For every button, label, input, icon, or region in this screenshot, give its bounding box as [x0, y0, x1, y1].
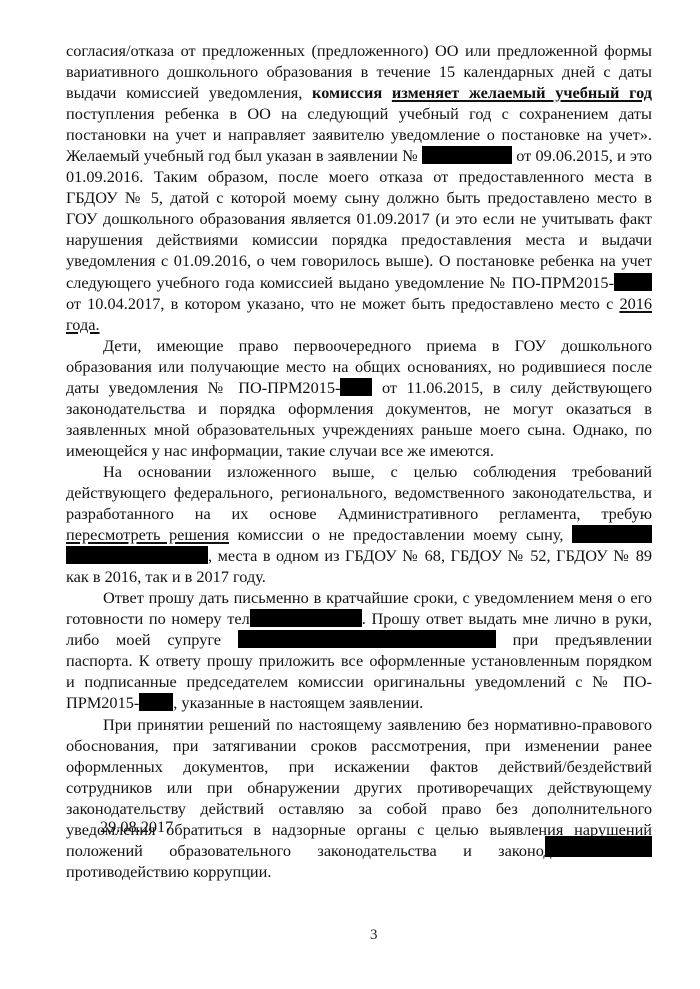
text-line: разработанного на их основе Администрати…: [66, 503, 652, 524]
text-line: согласия/отказа от предложенных (предлож…: [66, 40, 652, 61]
emphasis-text: изменяет желаемый учебный год: [392, 83, 652, 102]
text-line: противодействию коррупции.: [66, 861, 652, 882]
text-line: постановки на учет и направляет заявител…: [66, 124, 652, 145]
paragraph-p4: Ответ прошу дать письменно в кратчайшие …: [66, 587, 652, 713]
text-line: действующего федерального, регионального…: [66, 482, 652, 503]
text-line: пересмотреть решения комиссии о не предо…: [66, 524, 652, 545]
text-line: паспорта. К ответу прошу приложить все о…: [66, 650, 652, 671]
redaction-block: [139, 693, 173, 711]
text-line: либо моей супруге при предъявлении: [66, 629, 652, 650]
text-line: законодательства и порядка оформления до…: [66, 398, 652, 419]
text-line: образования или получающие место на общи…: [66, 356, 652, 377]
text-line: На основании изложенного выше, с целью с…: [66, 461, 652, 482]
emphasis-text: пересмотреть решения: [66, 525, 229, 544]
text-line: заявленных мной образовательных учрежден…: [66, 419, 652, 440]
redaction-block: [422, 146, 512, 164]
signature-redaction: [545, 836, 652, 857]
redaction-block: [340, 378, 372, 396]
emphasis-text: года.: [66, 315, 100, 334]
paragraph-p1: согласия/отказа от предложенных (предлож…: [66, 40, 652, 335]
text-line: 01.09.2016. Таким образом, после моего о…: [66, 166, 652, 187]
text-line: законодательству действий оставляю за со…: [66, 798, 652, 819]
text-line: ПРМ2015-, указанные в настоящем заявлени…: [66, 692, 652, 713]
text-line: оформленных документов, при искажении фа…: [66, 756, 652, 777]
text-line: Дети, имеющие право первоочередного прие…: [66, 335, 652, 356]
text-line: Желаемый учебный год был указан в заявле…: [66, 145, 652, 166]
text-line: обоснования, при затягивании сроков расс…: [66, 735, 652, 756]
text-line: от 10.04.2017, в котором указано, что не…: [66, 293, 652, 314]
text-line: При принятии решений по настоящему заявл…: [66, 714, 652, 735]
text-line: как в 2016, так и в 2017 году.: [66, 566, 652, 587]
text-line: выдачи комиссией уведомления, комиссия и…: [66, 82, 652, 103]
text-line: уведомления с 01.09.2016, о чем говорило…: [66, 250, 652, 271]
emphasis-text: комиссия: [312, 83, 392, 102]
paragraph-p2: Дети, имеющие право первоочередного прие…: [66, 335, 652, 461]
text-line: поступления ребенка в ОО на следующий уч…: [66, 103, 652, 124]
text-line: нарушения действиями комиссии порядка пр…: [66, 229, 652, 250]
text-line: ГБДОУ № 5, датой с которой моему сыну до…: [66, 187, 652, 208]
document-body: согласия/отказа от предложенных (предлож…: [66, 40, 652, 882]
text-line: года.: [66, 314, 652, 335]
text-line: Ответ прошу дать письменно в кратчайшие …: [66, 587, 652, 608]
redaction-block: [66, 546, 208, 564]
text-line: имеющейся у нас информации, такие случаи…: [66, 440, 652, 461]
document-page: согласия/отказа от предложенных (предлож…: [0, 0, 700, 989]
text-line: готовности по номеру тел. Прошу ответ вы…: [66, 608, 652, 629]
text-line: , места в одном из ГБДОУ № 68, ГБДОУ № 5…: [66, 545, 652, 566]
text-line: и подписанные председателем комиссии ори…: [66, 671, 652, 692]
text-line: вариативного дошкольного образования в т…: [66, 61, 652, 82]
redaction-block: [238, 630, 496, 648]
redaction-block: [250, 609, 362, 627]
redaction-block: [614, 273, 652, 291]
text-line: следующего учебного года комиссией выдан…: [66, 272, 652, 293]
text-line: ГОУ дошкольного образования является 01.…: [66, 208, 652, 229]
emphasis-text: 2016: [619, 294, 652, 313]
paragraph-p3: На основании изложенного выше, с целью с…: [66, 461, 652, 587]
text-line: сотрудников или при обнаружении других п…: [66, 777, 652, 798]
document-date: 29.08.2017: [100, 817, 173, 837]
redaction-block: [572, 525, 652, 543]
text-line: даты уведомления № ПО-ПРМ2015- от 11.06.…: [66, 377, 652, 398]
page-number: 3: [370, 927, 378, 944]
